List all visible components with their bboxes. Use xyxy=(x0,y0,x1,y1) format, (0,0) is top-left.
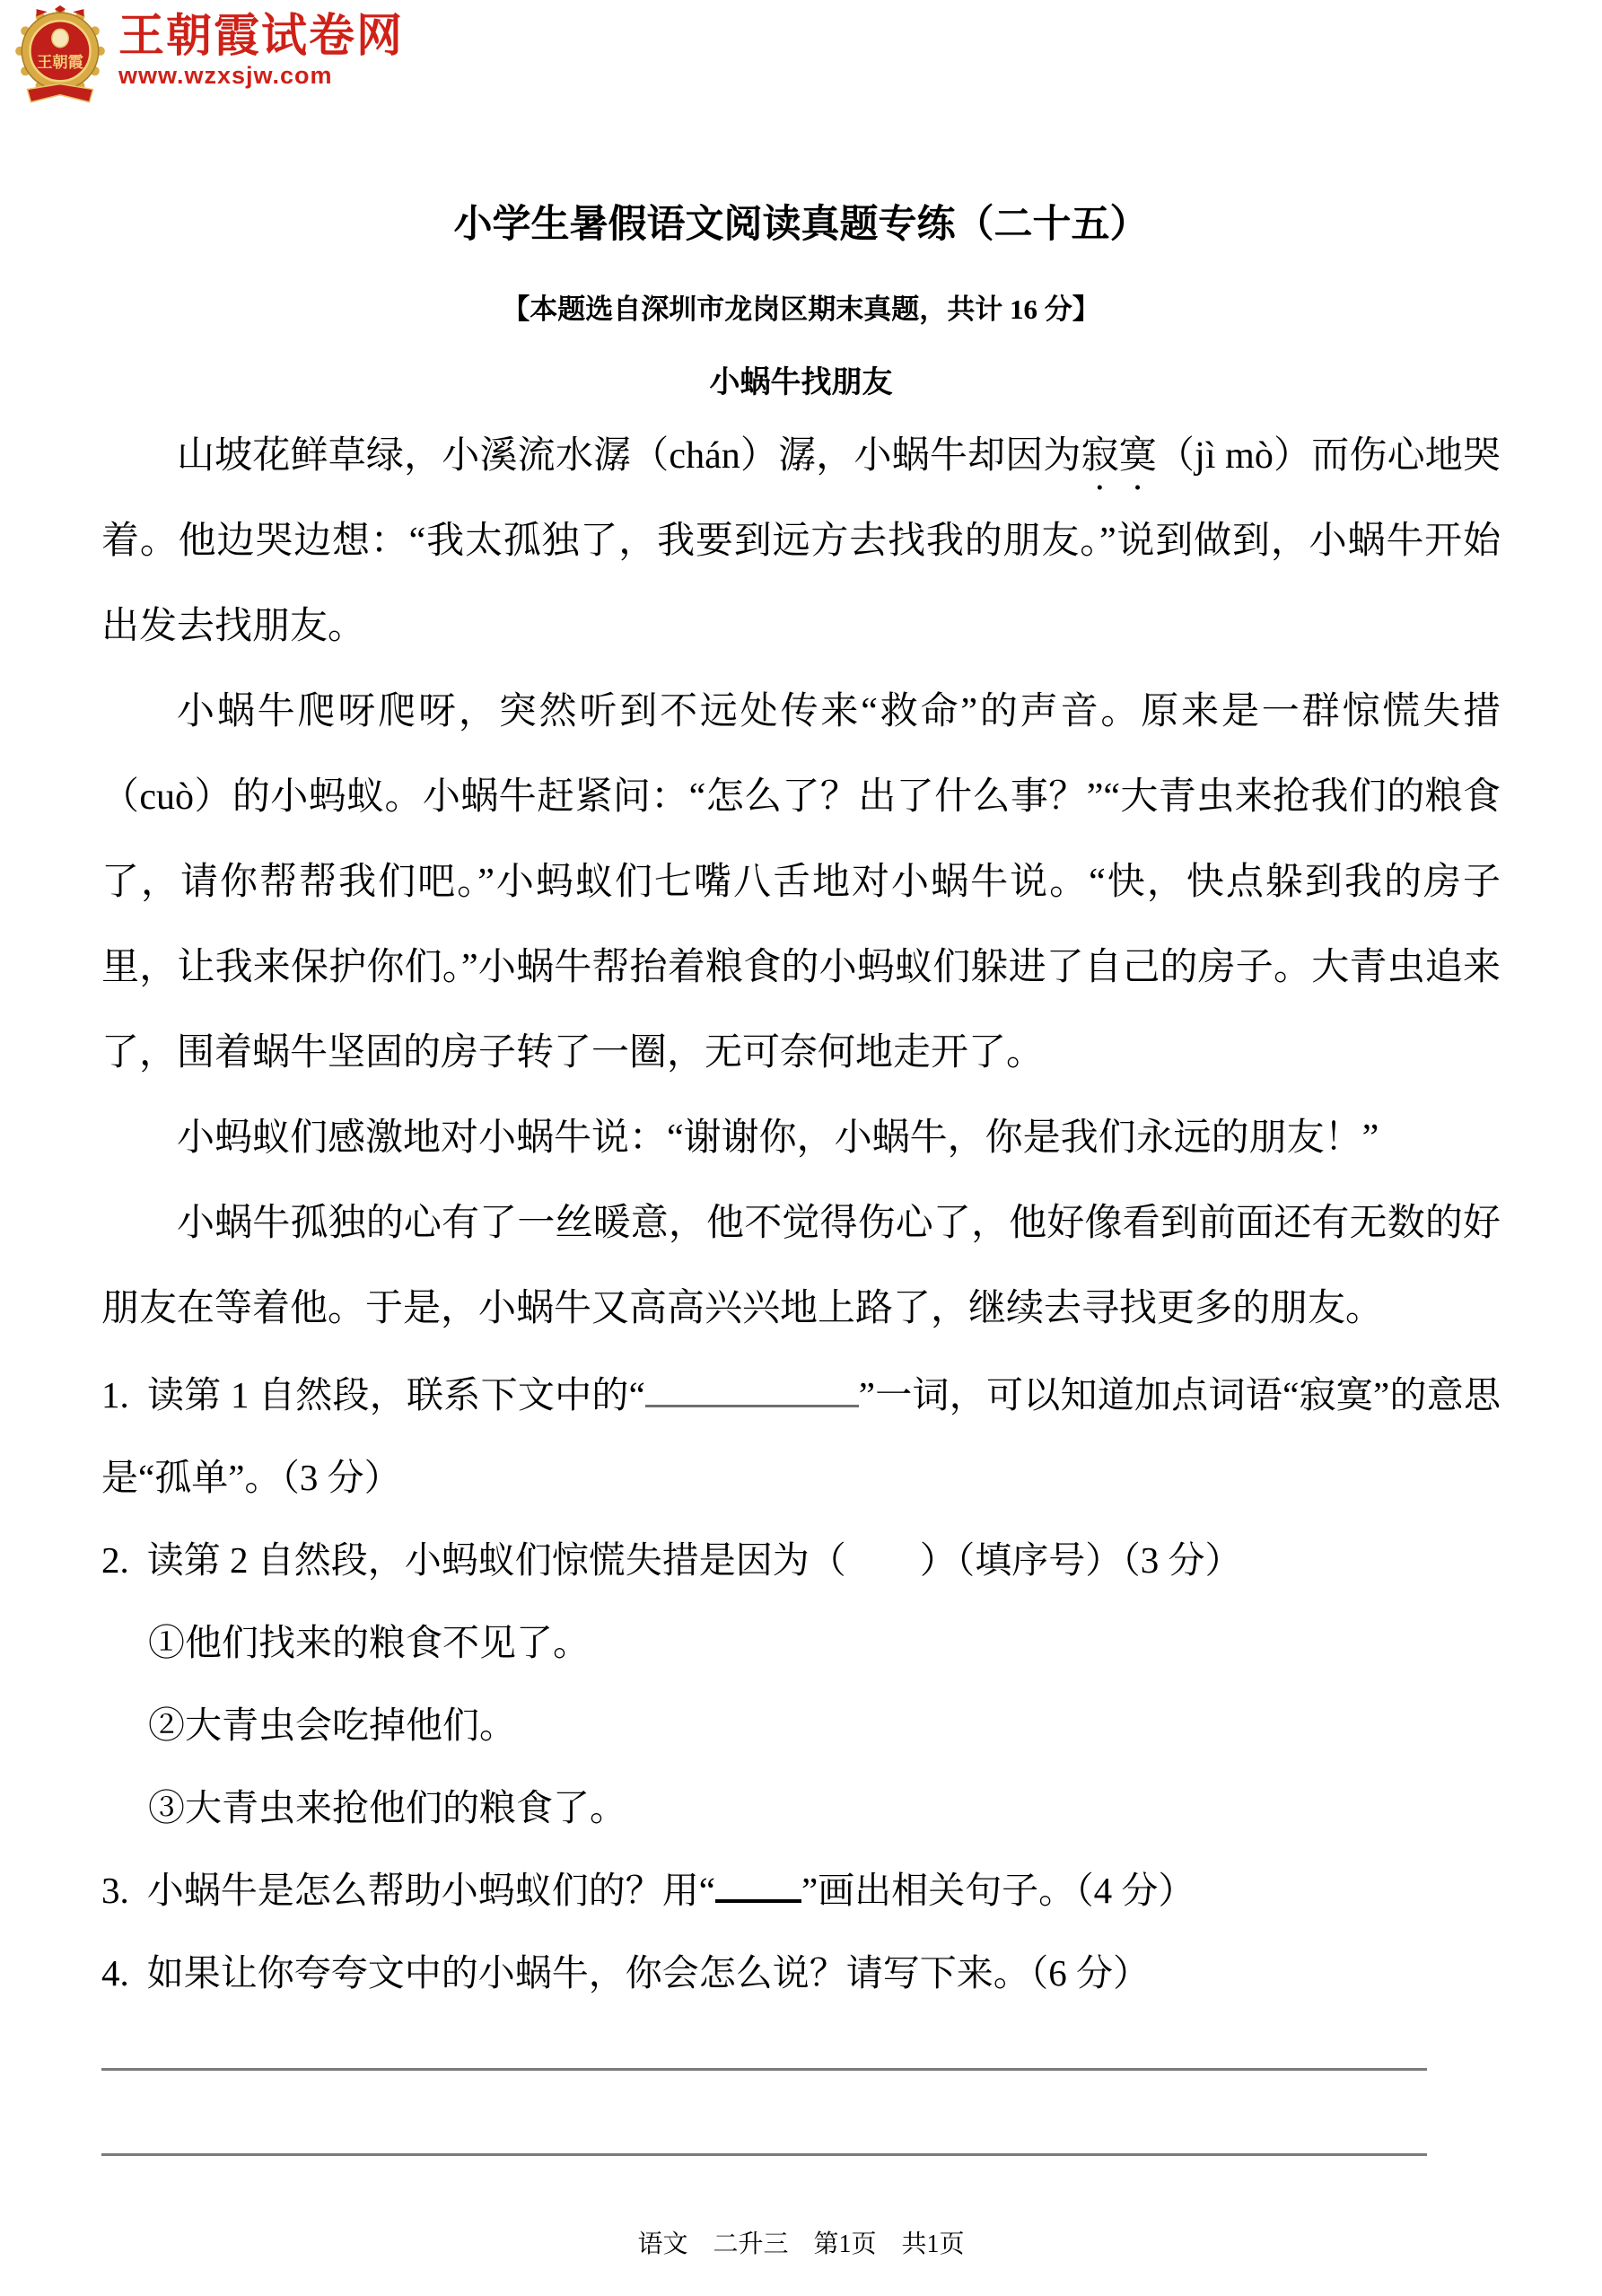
answer-writing-line-2[interactable] xyxy=(101,2153,1427,2156)
question-1: 1.读第 1 自然段，联系下文中的“”一词，可以知道加点词语“寂寞”的意思是“孤… xyxy=(101,1354,1501,1519)
question-4-number: 4. xyxy=(101,1952,129,1994)
question-2-option-2[interactable]: ②大青虫会吃掉他们。 xyxy=(101,1684,1501,1766)
question-2-option-1[interactable]: ①他们找来的粮食不见了。 xyxy=(101,1601,1501,1684)
emphasized-word: 寂寞 xyxy=(1081,435,1157,477)
question-2-number: 2. xyxy=(101,1539,129,1581)
worksheet-title: 小学生暑假语文阅读真题专练（二十五） xyxy=(0,194,1602,249)
reading-passage: 山坡花鲜草绿，小溪流水潺（chán）潺，小蜗牛却因为寂寞（jì mò）而伤心地哭… xyxy=(101,414,1501,1352)
source-note: 【本题选自深圳市龙岗区期末真题，共计 16 分】 xyxy=(0,286,1602,327)
question-3-text-cont: ”画出相关句子。（4 分） xyxy=(801,1870,1195,1911)
passage-paragraph-3: 小蚂蚁们感激地对小蜗牛说：“谢谢你，小蜗牛，你是我们永远的朋友！” xyxy=(101,1096,1501,1181)
question-3-number: 3. xyxy=(101,1870,129,1911)
brand-site-url[interactable]: www.wzxsjw.com xyxy=(118,62,404,90)
paragraph-1-text: 山坡花鲜草绿，小溪流水潺（chán）潺，小蜗牛却因为 xyxy=(177,435,1081,477)
passage-paragraph-1: 山坡花鲜草绿，小溪流水潺（chán）潺，小蜗牛却因为寂寞（jì mò）而伤心地哭… xyxy=(101,414,1501,670)
brand-medal-icon: 王朝霞 xyxy=(14,5,106,118)
brand-header: 王朝霞 王朝霞试卷网 www.wzxsjw.com xyxy=(0,0,1602,115)
question-4: 4.如果让你夸夸文中的小蜗牛，你会怎么说？请写下来。（6 分） xyxy=(101,1932,1501,2014)
brand-site-name: 王朝霞试卷网 xyxy=(118,13,404,58)
passage-paragraph-2: 小蜗牛爬呀爬呀，突然听到不远处传来“救命”的声音。原来是一群惊慌失措（cuò）的… xyxy=(101,670,1501,1096)
answer-writing-line-1[interactable] xyxy=(101,2068,1427,2071)
question-3-text: 小蜗牛是怎么帮助小蚂蚁们的？用“ xyxy=(147,1870,715,1911)
question-2: 2.读第 2 自然段，小蚂蚁们惊慌失措是因为（ ）（填序号）（3 分） xyxy=(101,1519,1501,1601)
question-3: 3.小蜗牛是怎么帮助小蚂蚁们的？用“”画出相关句子。（4 分） xyxy=(101,1849,1501,1932)
question-1-number: 1. xyxy=(101,1374,129,1415)
question-list: 1.读第 1 自然段，联系下文中的“”一词，可以知道加点词语“寂寞”的意思是“孤… xyxy=(101,1354,1501,2014)
question-3-line-mark xyxy=(715,1870,801,1903)
page-footer: 语文 二升三 第1页 共1页 xyxy=(0,2224,1602,2296)
passage-title: 小蜗牛找朋友 xyxy=(0,357,1602,401)
passage-paragraph-4: 小蜗牛孤独的心有了一丝暖意，他不觉得伤心了，他好像看到前面还有无数的好朋友在等着… xyxy=(101,1181,1501,1352)
question-1-fill-blank[interactable] xyxy=(645,1374,859,1407)
question-2-option-3[interactable]: ③大青虫来抢他们的粮食了。 xyxy=(101,1766,1501,1849)
question-4-text: 如果让你夸夸文中的小蜗牛，你会怎么说？请写下来。（6 分） xyxy=(147,1952,1150,1994)
question-2-text: 读第 2 自然段，小蚂蚁们惊慌失措是因为（ ）（填序号）（3 分） xyxy=(147,1539,1242,1581)
question-1-text: 读第 1 自然段，联系下文中的“ xyxy=(147,1374,645,1415)
medal-name-text: 王朝霞 xyxy=(37,53,84,71)
